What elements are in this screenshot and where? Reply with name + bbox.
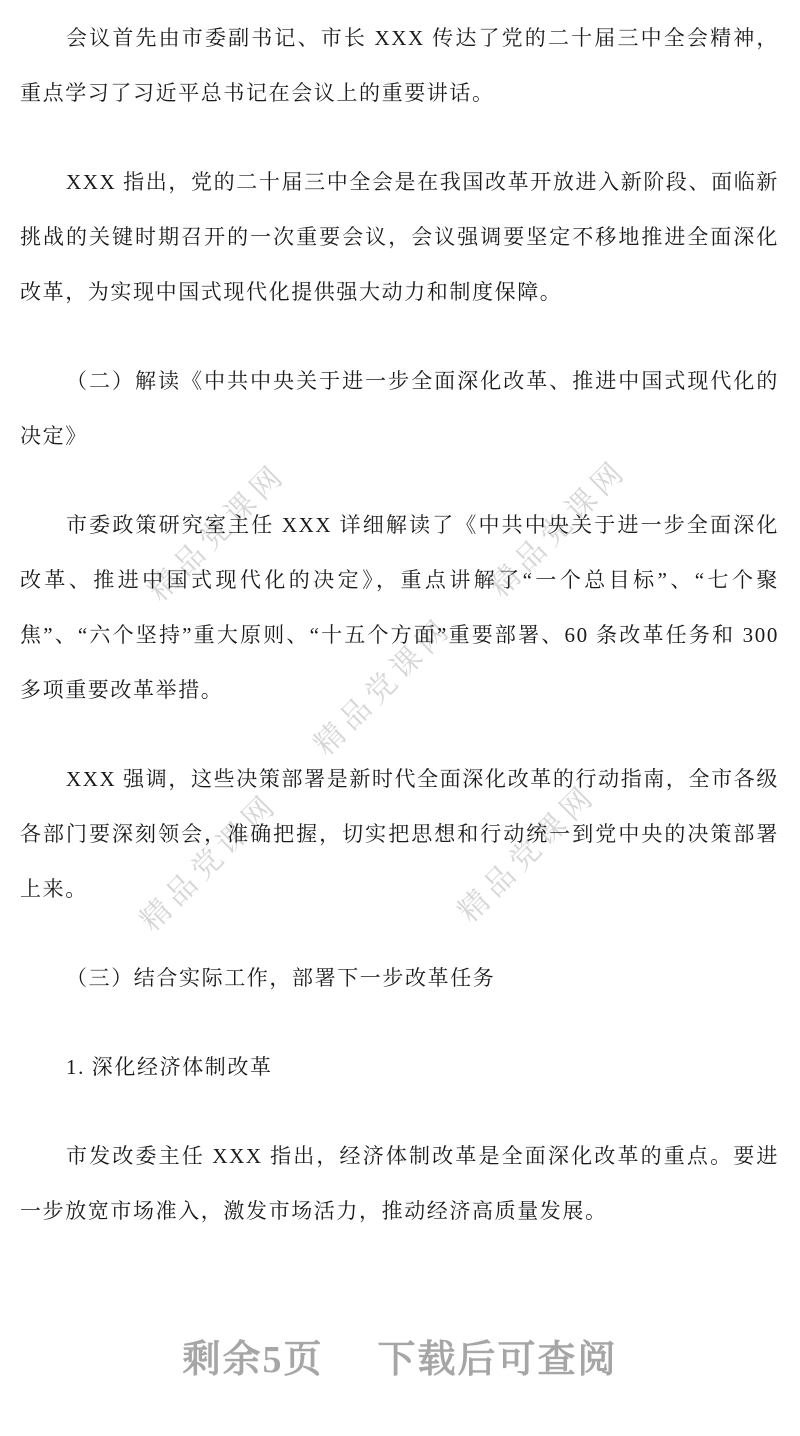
- download-hint-label: 下载后可查阅: [378, 1339, 618, 1381]
- paragraph: XXX 指出，党的二十届三中全会是在我国改革开放进入新阶段、面临新挑战的关键时期…: [20, 155, 779, 320]
- section-heading: 1. 深化经济体制改革: [20, 1040, 779, 1095]
- paragraph: 市发改委主任 XXX 指出，经济体制改革是全面深化改革的重点。要进一步放宽市场准…: [20, 1129, 779, 1239]
- paragraph: 会议首先由市委副书记、市长 XXX 传达了党的二十届三中全会精神，重点学习了习近…: [20, 11, 779, 121]
- document-page: 精品党课网精品党课网精品党课网精品党课网精品党课网 会议首先由市委副书记、市长 …: [0, 0, 800, 1436]
- document-content: 会议首先由市委副书记、市长 XXX 传达了党的二十届三中全会精神，重点学习了习近…: [0, 0, 800, 1239]
- paragraph: XXX 强调，这些决策部署是新时代全面深化改革的行动指南，全市各级各部门要深刻领…: [20, 752, 779, 917]
- preview-footer: 剩余5页下载后可查阅: [0, 1328, 800, 1383]
- pages-remaining-label: 剩余5页: [182, 1339, 323, 1381]
- section-heading: （二）解读《中共中央关于进一步全面深化改革、推进中国式现代化的决定》: [20, 354, 779, 464]
- section-heading: （三）结合实际工作，部署下一步改革任务: [20, 951, 779, 1006]
- paragraph: 市委政策研究室主任 XXX 详细解读了《中共中央关于进一步全面深化改革、推进中国…: [20, 498, 779, 718]
